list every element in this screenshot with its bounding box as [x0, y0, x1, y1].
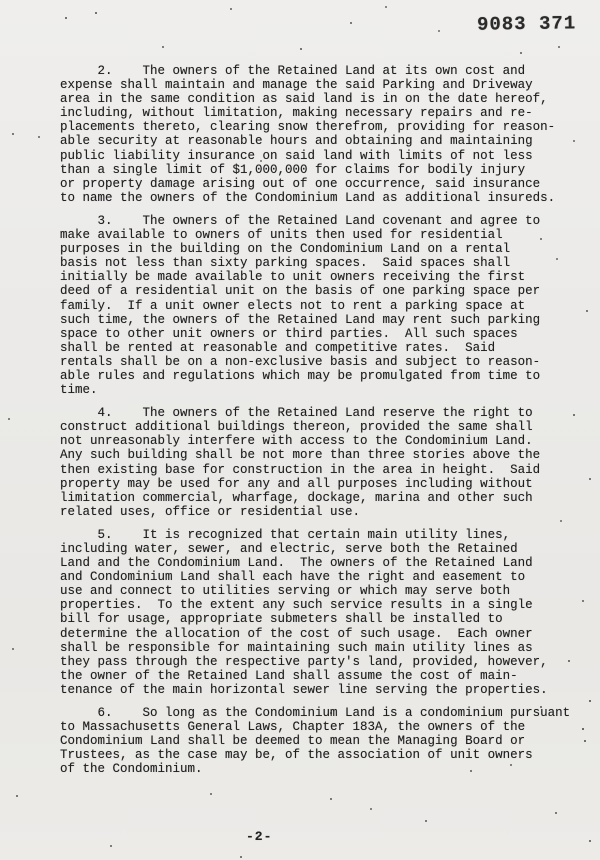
paragraph-4: 4. The owners of the Retained Land reser…: [60, 406, 590, 519]
document-body: 2. The owners of the Retained Land at it…: [60, 64, 590, 786]
paragraph-3: 3. The owners of the Retained Land coven…: [60, 214, 590, 397]
document-page: 9083 371 2. The owners of the Retained L…: [0, 0, 600, 860]
scan-noise: [0, 0, 2, 2]
paragraph-5: 5. It is recognized that certain main ut…: [60, 528, 590, 697]
stamp-number: 9083 371: [477, 12, 577, 35]
page-number: -2-: [246, 829, 272, 844]
paragraph-2: 2. The owners of the Retained Land at it…: [60, 64, 590, 205]
paragraph-6: 6. So long as the Condominium Land is a …: [60, 706, 590, 776]
